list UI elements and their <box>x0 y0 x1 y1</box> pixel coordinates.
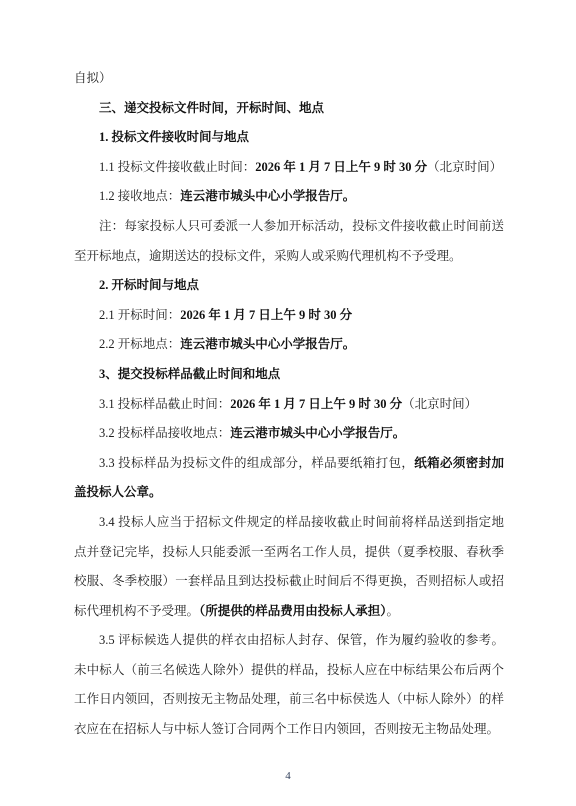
paragraph-14: 3.5 评标候选人提供的样衣由招标人封存、保管，作为履约验收的参考。未中标人（前… <box>74 626 504 744</box>
paragraph-1: 三、递交投标文件时间，开标时间、地点 <box>74 94 504 124</box>
text-run: 2. 开标时间与地点 <box>99 278 199 292</box>
text-run: 2026 年 1 月 7 日上午 9 时 30 分 <box>255 160 427 174</box>
paragraph-11: 3.2 投标样品接收地点：连云港市城头中心小学报告厅。 <box>74 419 504 449</box>
text-run: 2026 年 1 月 7 日上午 9 时 30 分 <box>230 397 402 411</box>
paragraph-9: 3、提交投标样品截止时间和地点 <box>74 360 504 390</box>
text-run: 三、递交投标文件时间，开标时间、地点 <box>99 101 324 115</box>
document-body: 自拟）三、递交投标文件时间，开标时间、地点1. 投标文件接收时间与地点1.1 投… <box>74 64 504 745</box>
text-run: 连云港市城头中心小学报告厅。 <box>180 337 355 351</box>
paragraph-13: 3.4 投标人应当于招标文件规定的样品接收截止时间前将样品送到指定地点并登记完毕… <box>74 508 504 626</box>
text-run: 1.1 投标文件接收截止时间： <box>99 160 255 174</box>
paragraph-5: 注：每家投标人只可委派一人参加开标活动，投标文件接收截止时间前送至开标地点，逾期… <box>74 212 504 271</box>
text-run: 2.1 开标时间： <box>99 308 180 322</box>
text-run: 自拟） <box>74 71 112 85</box>
text-run: 。 <box>387 604 400 618</box>
text-run: 连云港市城头中心小学报告厅。 <box>230 426 405 440</box>
page-number: 4 <box>285 770 291 782</box>
page-footer: 4 <box>0 770 576 782</box>
text-run: 3.4 投标人应当于招标文件规定的样品接收截止时间前将样品送到指定地点并登记完毕… <box>74 515 504 618</box>
paragraph-4: 1.2 接收地点：连云港市城头中心小学报告厅。 <box>74 182 504 212</box>
paragraph-3: 1.1 投标文件接收截止时间：2026 年 1 月 7 日上午 9 时 30 分… <box>74 153 504 183</box>
text-run: 3.3 投标样品为投标文件的组成部分，样品要纸箱打包， <box>99 456 414 470</box>
paragraph-6: 2. 开标时间与地点 <box>74 271 504 301</box>
paragraph-2: 1. 投标文件接收时间与地点 <box>74 123 504 153</box>
paragraph-0: 自拟） <box>74 64 504 94</box>
text-run: （北京时间） <box>427 160 502 174</box>
text-run: 2.2 开标地点： <box>99 337 180 351</box>
text-run: （所提供的样品费用由投标人承担） <box>199 604 387 618</box>
paragraph-10: 3.1 投标样品截止时间：2026 年 1 月 7 日上午 9 时 30 分（北… <box>74 390 504 420</box>
document-page: 自拟）三、递交投标文件时间，开标时间、地点1. 投标文件接收时间与地点1.1 投… <box>0 0 576 806</box>
text-run: 3、提交投标样品截止时间和地点 <box>99 367 280 381</box>
text-run: （北京时间） <box>402 397 477 411</box>
text-run: 2026 年 1 月 7 日上午 9 时 30 分 <box>180 308 352 322</box>
text-run: 3.5 评标候选人提供的样衣由招标人封存、保管，作为履约验收的参考。未中标人（前… <box>74 633 504 736</box>
text-run: 注：每家投标人只可委派一人参加开标活动，投标文件接收截止时间前送至开标地点，逾期… <box>74 219 504 263</box>
paragraph-12: 3.3 投标样品为投标文件的组成部分，样品要纸箱打包，纸箱必须密封加盖投标人公章… <box>74 449 504 508</box>
paragraph-8: 2.2 开标地点：连云港市城头中心小学报告厅。 <box>74 330 504 360</box>
text-run: 1. 投标文件接收时间与地点 <box>99 130 249 144</box>
text-run: 1.2 接收地点： <box>99 189 180 203</box>
text-run: 3.2 投标样品接收地点： <box>99 426 230 440</box>
text-run: 3.1 投标样品截止时间： <box>99 397 230 411</box>
text-run: 连云港市城头中心小学报告厅。 <box>180 189 355 203</box>
paragraph-7: 2.1 开标时间：2026 年 1 月 7 日上午 9 时 30 分 <box>74 301 504 331</box>
